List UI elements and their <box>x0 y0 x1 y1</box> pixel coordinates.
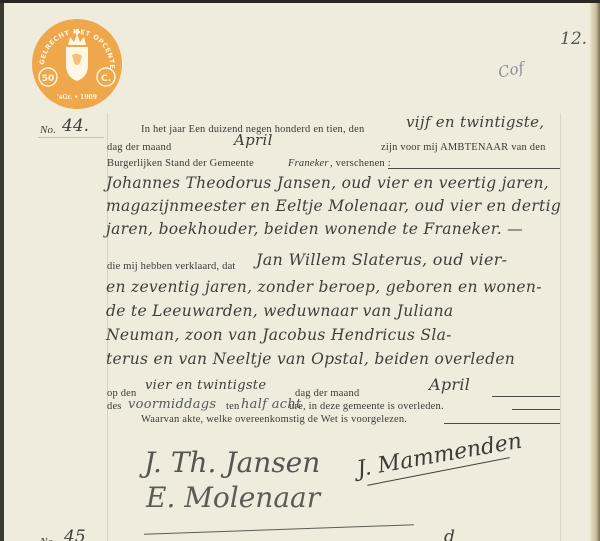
text-line-8-hand: en zeventig jaren, zonder beroep, gebore… <box>106 278 542 296</box>
text-line-9-hand: de te Leeuwarden, weduwnaar van Juliana <box>106 302 453 320</box>
fill-line <box>492 396 560 397</box>
next-record-number-label: No. <box>40 536 56 541</box>
text-line-13-print-a: des <box>107 401 122 412</box>
text-line-7-print: die mij hebben verklaard, dat <box>107 261 236 272</box>
revenue-stamp: ZEGELRECHT MET OPCENTEN 50 C. 'sGr. • 19… <box>32 19 122 109</box>
pencil-annotation: Cof <box>496 58 525 81</box>
death-day: vier en twintigste <box>145 378 266 393</box>
record-number-label: No. <box>40 124 56 136</box>
death-month: April <box>429 375 470 394</box>
stamp-bottom-text: 'sGr. • 1909 <box>57 94 97 101</box>
stamp-currency: C. <box>101 74 111 84</box>
text-line-2-hand: April <box>234 131 273 149</box>
signature-flourish <box>144 524 414 534</box>
stamp-value: 50 <box>42 74 55 84</box>
text-line-1-hand: vijf en twintigste, <box>406 113 544 131</box>
text-line-10-hand: Neuman, zoon van Jacobus Hendricus Sla- <box>106 326 452 344</box>
right-margin-rule <box>560 113 561 541</box>
municipality-name: Franeker <box>288 158 329 169</box>
deceased-name: Jan Willem Slaterus, oud vier- <box>256 250 507 269</box>
text-line-2-print-a: dag der maand <box>107 142 171 153</box>
page-number: 12. <box>560 29 587 49</box>
text-line-5-hand: magazijnmeester en Eeltje Molenaar, oud … <box>106 197 561 215</box>
text-line-13-print-c: ure, in deze gemeente is overleden. <box>289 401 444 412</box>
signature-informant-2: E. Molenaar <box>146 481 320 514</box>
text-line-13-print-b: ten <box>226 401 239 412</box>
text-line-2-print-b: zijn voor mij AMBTENAAR van den <box>381 142 546 153</box>
text-line-11-hand: terus en van Neeltje van Opstal, beiden … <box>106 350 515 368</box>
record-number-underline <box>38 137 104 138</box>
record-number: 44. <box>62 116 89 136</box>
death-daypart: voormiddags <box>128 397 216 412</box>
civil-registry-page: ZEGELRECHT MET OPCENTEN 50 C. 'sGr. • 19… <box>0 3 600 541</box>
text-line-12-print-b: dag der maand <box>295 388 359 399</box>
text-line-6-hand: jaren, boekhouder, beiden wonende te Fra… <box>106 220 523 238</box>
signature-informant-1: J. Th. Jansen <box>144 446 320 479</box>
fill-line <box>444 423 560 424</box>
fill-line <box>512 409 560 410</box>
next-record-number: 45 <box>64 527 86 541</box>
fill-line <box>388 168 560 169</box>
next-record-fragment: d <box>444 527 455 541</box>
text-line-3-print-b: , verschenen : <box>330 158 391 169</box>
stamp-crest-icon: ZEGELRECHT MET OPCENTEN 50 C. 'sGr. • 19… <box>32 19 122 109</box>
text-line-14-print: Waarvan akte, welke overeenkomstig de We… <box>141 414 407 425</box>
text-line-4-hand: Johannes Theodorus Jansen, oud vier en v… <box>106 174 549 192</box>
signature-official: J. Mammenden <box>355 429 524 483</box>
text-line-3-print-a: Burgerlijken Stand der Gemeente <box>107 158 254 169</box>
page-edge <box>590 3 600 541</box>
